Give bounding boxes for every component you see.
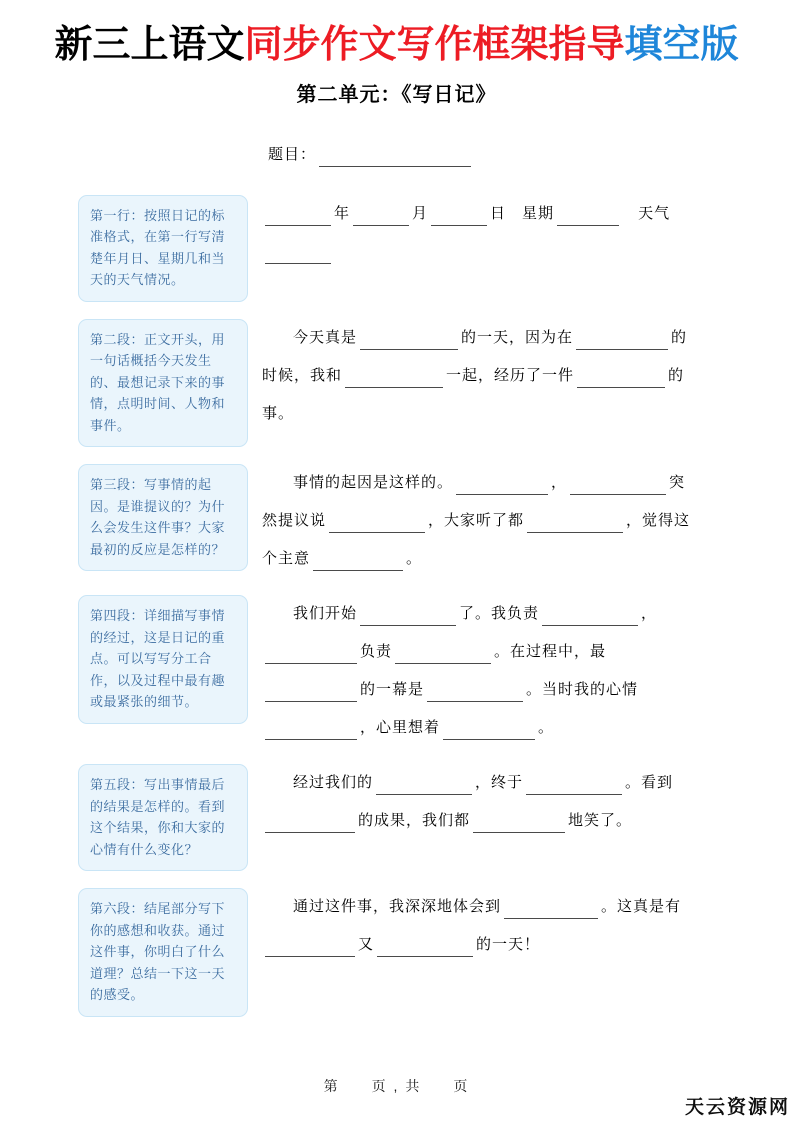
fill-in-blank — [313, 556, 403, 571]
topic-label: 题目： — [268, 147, 316, 163]
fill-line: 又的一天！ — [262, 926, 694, 964]
line-text: 。 — [538, 720, 554, 736]
fill-in-blank — [576, 335, 668, 350]
fill-in-blank — [360, 611, 456, 626]
fill-in-blank — [456, 480, 548, 495]
fill-line: 然提议说，大家听了都，觉得这 — [262, 502, 694, 540]
guide-box: 第四段：详细描写事情的经过，这是日记的重点。可以写写分工合作，以及过程中最有趣或… — [78, 595, 248, 724]
fill-in-blank — [473, 818, 565, 833]
fill-line: 个主意。 — [262, 540, 694, 578]
line-text: 事。 — [262, 406, 294, 422]
line-text: ，觉得这 — [626, 513, 690, 529]
fill-in-blank — [265, 725, 357, 740]
fill-in-blank — [527, 518, 623, 533]
line-text: 星期 — [506, 206, 554, 222]
section-content: 经过我们的，终于。看到的成果，我们都地笑了。 — [262, 764, 694, 840]
guide-box: 第六段：结尾部分写下你的感想和收获。通过这件事，你明白了什么道理？总结一下这一天… — [78, 888, 248, 1017]
title-part-black: 新三上语文 — [54, 24, 244, 66]
line-text: 。看到 — [625, 775, 673, 791]
line-text: 。这真是有 — [601, 899, 681, 915]
line-text: 的 — [668, 368, 684, 384]
fill-in-blank — [353, 211, 409, 226]
line-text: ，心里想着 — [360, 720, 440, 736]
fill-line: 事。 — [262, 395, 694, 433]
line-text: 年 — [334, 206, 350, 222]
fill-in-blank — [265, 818, 355, 833]
line-text: 一起，经历了一件 — [446, 368, 574, 384]
line-text: 的一幕是 — [360, 682, 424, 698]
guide-box: 第三段：写事情的起因。是谁提议的？为什么会发生这件事？大家最初的反应是怎样的？ — [78, 464, 248, 571]
line-text: 地笑了。 — [568, 813, 632, 829]
topic-fill-blank — [319, 152, 471, 167]
fill-in-blank — [360, 335, 458, 350]
fill-in-blank — [395, 649, 491, 664]
fill-line: 经过我们的，终于。看到 — [262, 764, 694, 802]
page-header: 新三上语文同步作文写作框架指导填空版 第二单元：《写日记》 — [0, 0, 793, 107]
fill-in-blank — [265, 942, 355, 957]
fill-in-blank — [526, 780, 622, 795]
line-text: 的一天，因为在 — [461, 330, 573, 346]
guide-box: 第一行：按照日记的标准格式，在第一行写清楚年月日、星期几和当天的天气情况。 — [78, 195, 248, 302]
line-text: 月 — [412, 206, 428, 222]
line-text: 时候，我和 — [262, 368, 342, 384]
fill-line: 我们开始了。我负责， — [262, 595, 694, 633]
fill-line — [262, 233, 694, 271]
unit-subtitle: 第二单元：《写日记》 — [0, 78, 793, 107]
line-text: 的一天！ — [476, 937, 540, 953]
worksheet-section: 第六段：结尾部分写下你的感想和收获。通过这件事，你明白了什么道理？总结一下这一天… — [78, 888, 793, 1017]
fill-in-blank — [542, 611, 638, 626]
line-text: 个主意 — [262, 551, 310, 567]
fill-line: 时候，我和一起，经历了一件的 — [262, 357, 694, 395]
section-content: 通过这件事，我深深地体会到。这真是有又的一天！ — [262, 888, 694, 964]
title-part-red: 同步作文写作框架指导 — [244, 24, 624, 66]
fill-in-blank — [265, 249, 331, 264]
watermark-text: 天云资源网 — [685, 1092, 790, 1119]
fill-line: 今天真是的一天，因为在的 — [262, 319, 694, 357]
topic-row: 题目： — [268, 143, 793, 173]
line-text: 今天真是 — [293, 330, 357, 346]
fill-in-blank — [265, 211, 331, 226]
line-text: 负责 — [360, 644, 392, 660]
document-page: 新三上语文同步作文写作框架指导填空版 第二单元：《写日记》 题目： 第一行：按照… — [0, 0, 793, 1122]
fill-in-blank — [377, 942, 473, 957]
line-text: 突 — [669, 475, 685, 491]
line-text: ， — [551, 475, 567, 491]
page-number-footer: 第 页 , 共 页 — [0, 1076, 793, 1096]
page-title: 新三上语文同步作文写作框架指导填空版 — [0, 24, 793, 68]
worksheet-sections: 第一行：按照日记的标准格式，在第一行写清楚年月日、星期几和当天的天气情况。年月日… — [78, 195, 793, 1017]
section-content: 事情的起因是这样的。，突然提议说，大家听了都，觉得这个主意。 — [262, 464, 694, 578]
fill-in-blank — [265, 649, 357, 664]
title-part-blue: 填空版 — [625, 24, 739, 66]
fill-line: 事情的起因是这样的。，突 — [262, 464, 694, 502]
fill-in-blank — [570, 480, 666, 495]
fill-in-blank — [443, 725, 535, 740]
fill-in-blank — [329, 518, 425, 533]
guide-box: 第五段：写出事情最后的结果是怎样的。看到这个结果，你和大家的心情有什么变化？ — [78, 764, 248, 871]
fill-in-blank — [376, 780, 472, 795]
line-text: 天气 — [622, 206, 670, 222]
fill-in-blank — [504, 904, 598, 919]
line-text: ，终于 — [475, 775, 523, 791]
line-text: ，大家听了都 — [428, 513, 524, 529]
section-content: 我们开始了。我负责，负责。在过程中，最的一幕是。当时我的心情，心里想着。 — [262, 595, 694, 747]
fill-line: ，心里想着。 — [262, 709, 694, 747]
section-content: 今天真是的一天，因为在的时候，我和一起，经历了一件的事。 — [262, 319, 694, 433]
fill-in-blank — [265, 687, 357, 702]
line-text: ， — [641, 606, 657, 622]
fill-line: 的一幕是。当时我的心情 — [262, 671, 694, 709]
section-content: 年月日 星期 天气 — [262, 195, 694, 271]
fill-in-blank — [427, 687, 523, 702]
line-text: 。 — [406, 551, 422, 567]
worksheet-section: 第一行：按照日记的标准格式，在第一行写清楚年月日、星期几和当天的天气情况。年月日… — [78, 195, 793, 302]
line-text: 了。我负责 — [459, 606, 539, 622]
line-text: 然提议说 — [262, 513, 326, 529]
line-text: 经过我们的 — [293, 775, 373, 791]
line-text: 。当时我的心情 — [526, 682, 638, 698]
fill-in-blank — [345, 373, 443, 388]
fill-line: 年月日 星期 天气 — [262, 195, 694, 233]
line-text: 通过这件事，我深深地体会到 — [293, 899, 501, 915]
guide-box: 第二段：正文开头，用一句话概括今天发生的、最想记录下来的事情，点明时间、人物和事… — [78, 319, 248, 448]
line-text: 。在过程中，最 — [494, 644, 606, 660]
worksheet-section: 第四段：详细描写事情的经过，这是日记的重点。可以写写分工合作，以及过程中最有趣或… — [78, 595, 793, 747]
line-text: 的成果，我们都 — [358, 813, 470, 829]
line-text: 的 — [671, 330, 687, 346]
fill-line: 负责。在过程中，最 — [262, 633, 694, 671]
worksheet-section: 第三段：写事情的起因。是谁提议的？为什么会发生这件事？大家最初的反应是怎样的？事… — [78, 464, 793, 578]
fill-in-blank — [577, 373, 665, 388]
line-text: 日 — [490, 206, 506, 222]
fill-in-blank — [431, 211, 487, 226]
fill-line: 通过这件事，我深深地体会到。这真是有 — [262, 888, 694, 926]
worksheet-section: 第二段：正文开头，用一句话概括今天发生的、最想记录下来的事情，点明时间、人物和事… — [78, 319, 793, 448]
worksheet-section: 第五段：写出事情最后的结果是怎样的。看到这个结果，你和大家的心情有什么变化？经过… — [78, 764, 793, 871]
fill-line: 的成果，我们都地笑了。 — [262, 802, 694, 840]
line-text: 我们开始 — [293, 606, 357, 622]
line-text: 又 — [358, 937, 374, 953]
fill-in-blank — [557, 211, 619, 226]
line-text: 事情的起因是这样的。 — [293, 475, 453, 491]
